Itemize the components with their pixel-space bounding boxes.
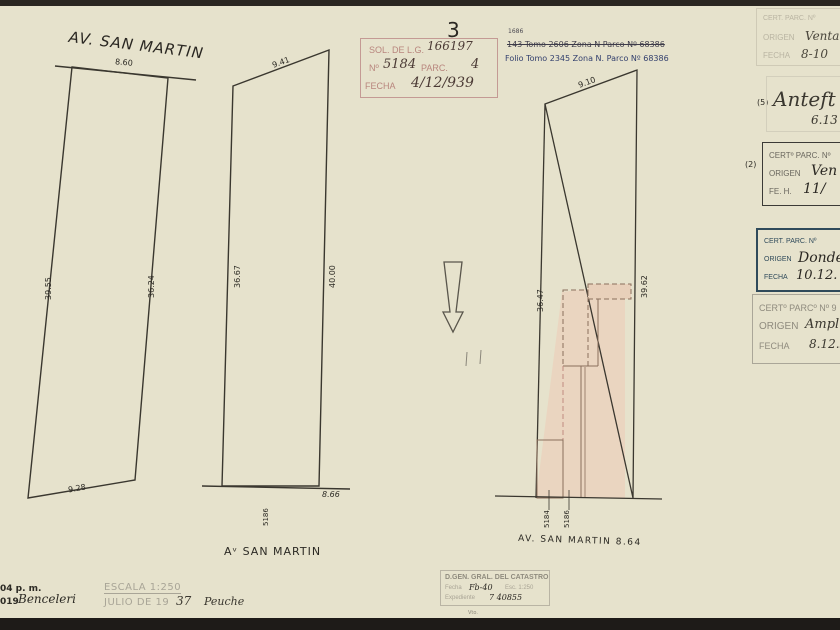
middle-parcel-bottom-width: 8.66 (322, 490, 340, 499)
right-signature-stamp: Anteft 6.13 (766, 76, 840, 132)
solicitud-stamp: SOL. DE L.G. 166197 Nº 5184 PARC. 4 FECH… (360, 38, 498, 98)
registry-line-2: Folio Tomo 2345 Zona N. Parco Nº 68386 (505, 54, 669, 63)
cert-grey-stamp: CERTº PARCº Nº 9 ORIGEN Ampl. FECHA 8.12… (752, 294, 840, 364)
parcel-left (28, 66, 196, 498)
cadastral-sheet: AV. SAN MARTIN 3 8.60 39.55 36.24 9.28 9… (0, 0, 840, 630)
footer-signature-1: Benceleri (18, 592, 76, 606)
left-parcel-left-side: 39.55 (44, 277, 53, 300)
middle-parcel-right-side: 40.00 (328, 265, 337, 288)
right-parcel-right-side: 39.62 (640, 275, 649, 298)
catastro-below: Vto. (468, 610, 478, 616)
left-parcel-right-side: 36.24 (147, 275, 156, 298)
scan-edge-bottom (0, 618, 840, 630)
parcel-right (495, 70, 662, 510)
footer-signature-2: Peuche (204, 595, 244, 608)
right-parcel-left-side: 36.47 (536, 289, 545, 312)
north-arrow-icon (443, 262, 463, 332)
cert-2-prefix: (2) (745, 160, 756, 169)
middle-parcel-frontage-ref: 5186 (262, 508, 270, 526)
footer-scale: ESCALA 1:250 (104, 582, 181, 594)
registry-line-1: 143 Tomo 2606 Zona N Parco Nº 68386 (507, 40, 665, 49)
left-parcel-top-width: 8.60 (115, 57, 134, 68)
right-parcel-frontage-ref-2: 5186 (563, 510, 571, 528)
registry-over-number: 1686 (508, 28, 523, 35)
cert-blue-stamp: CERT. PARC. Nº ORIGEN Donde FECHA 10.12. (756, 228, 840, 292)
footer-date-year: 37 (176, 594, 191, 608)
right-parcel-frontage-ref-1: 5184 (543, 510, 551, 528)
footer-date-text: JULIO DE 19 (104, 597, 169, 608)
street-label-middle: Aᵛ SAN MARTIN (224, 545, 321, 558)
catastro-stamp: D.GEN. GRAL. DEL CATASTRO Fecha Fb-40 Es… (440, 570, 550, 606)
middle-parcel-left-side: 36.67 (233, 265, 242, 288)
right-top-stamp: CERT. PARC. Nº ORIGEN Venta FECHA 8-10 (756, 8, 840, 66)
footer-year-prefix: 019 (0, 597, 19, 607)
cert-2-stamp: CERTº PARC. Nº ORIGEN Ven FE. H. 11/ (762, 142, 840, 206)
